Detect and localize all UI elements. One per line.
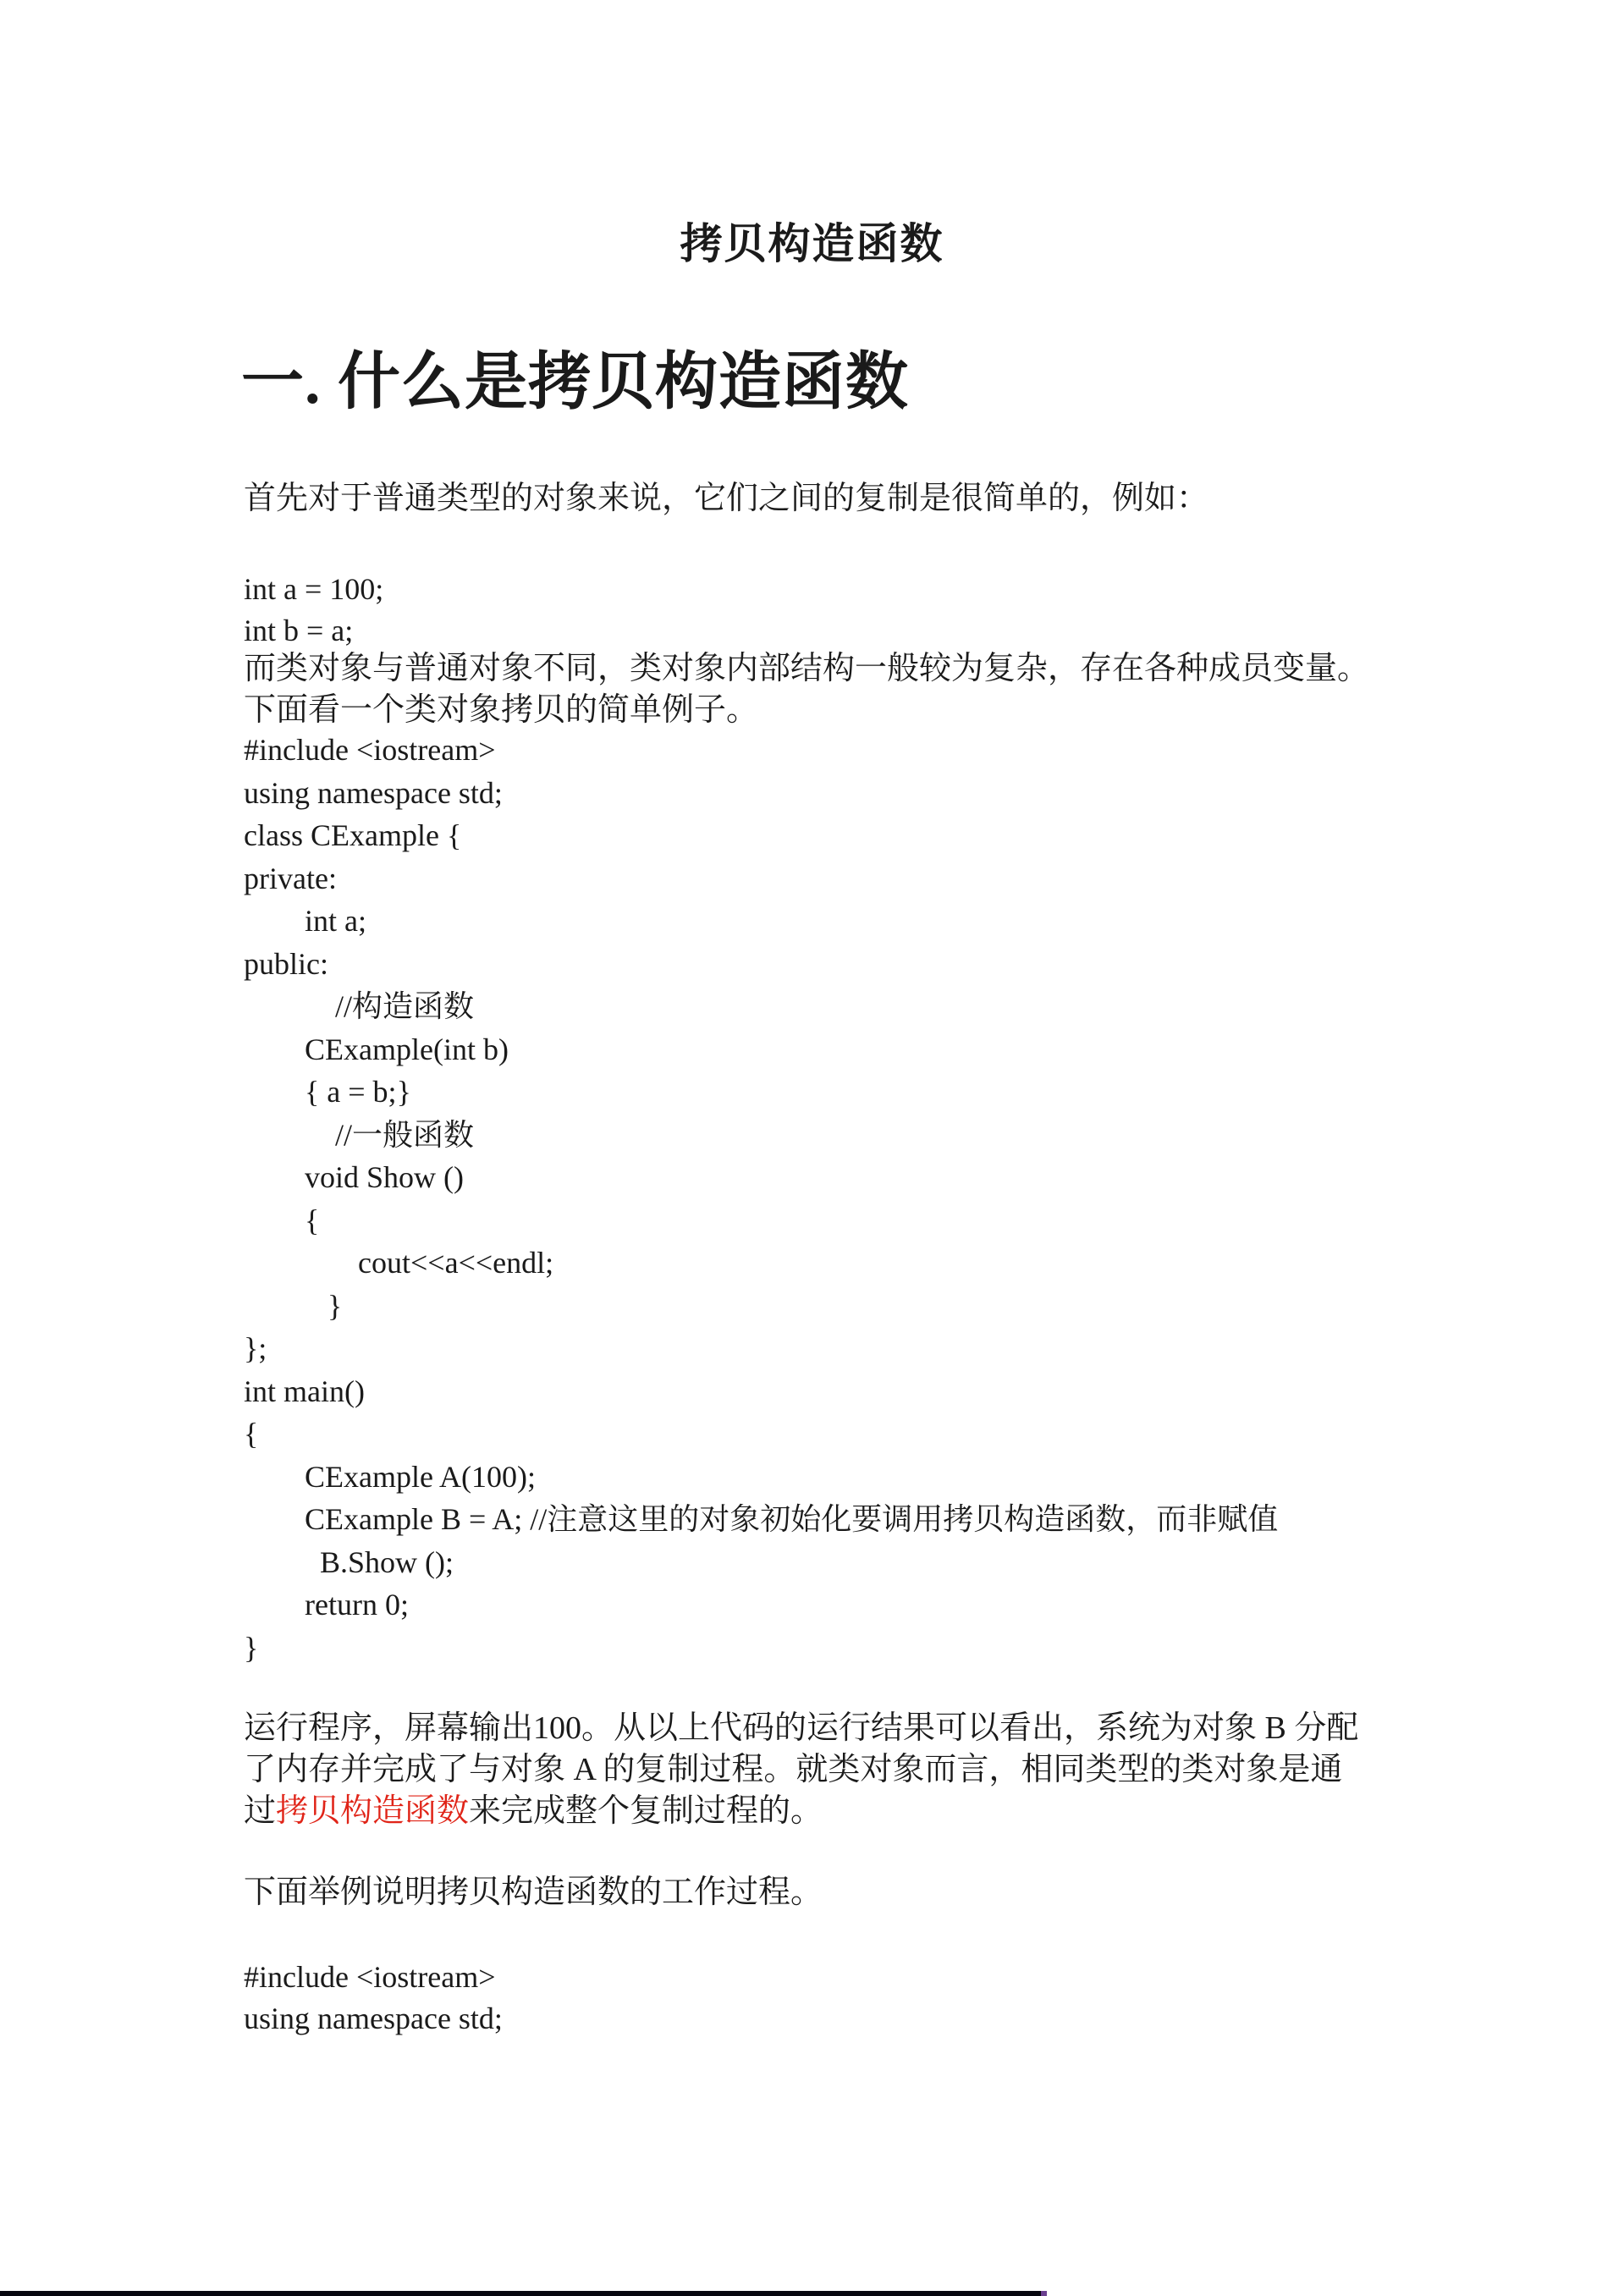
paragraph-line: 下面看一个类对象拷贝的简单例子。 <box>244 690 1395 731</box>
paragraph-line: 而类对象与普通对象不同，类对象内部结构一般较为复杂，存在各种成员变量。 <box>244 648 1395 690</box>
code-line: CExample A(100); <box>244 1456 1513 1499</box>
code-line: public: <box>244 943 1513 986</box>
code-line: int a; <box>244 900 1513 943</box>
code-line: void Show () <box>244 1156 1513 1199</box>
page-edge-bar-tick <box>1041 2291 1047 2296</box>
paragraph-class-objects: 而类对象与普通对象不同，类对象内部结构一般较为复杂，存在各种成员变量。下面看一个… <box>244 648 1395 731</box>
paragraph-line: 首先对于普通类型的对象来说，它们之间的复制是很简单的，例如： <box>244 478 1395 520</box>
text-segment: 来完成整个复制过程的。 <box>469 1793 823 1829</box>
code-snippet-simple-copy: int a = 100;int b = a; <box>244 569 1513 652</box>
section-heading: 一. 什么是拷贝构造函数 <box>241 344 909 421</box>
code-line: #include <iostream> <box>244 1957 1513 1998</box>
paragraph-line: 过拷贝构造函数来完成整个复制过程的。 <box>244 1791 1395 1832</box>
paragraph-line: 下面举例说明拷贝构造函数的工作过程。 <box>244 1872 1395 1913</box>
highlight-red-text: 拷贝构造函数 <box>276 1793 469 1829</box>
paragraph-next-example: 下面举例说明拷贝构造函数的工作过程。 <box>244 1872 1395 1913</box>
code-line: cout<<a<<endl; <box>244 1242 1513 1285</box>
document-title: 拷贝构造函数 <box>0 218 1624 269</box>
page-edge-bar <box>0 2291 1041 2296</box>
text-segment: 运行程序，屏幕输出100。从以上代码的运行结果可以看出，系统为对象 B 分配 <box>244 1710 1358 1746</box>
code-line: int main() <box>244 1370 1513 1413</box>
code-line: #include <iostream> <box>244 729 1513 772</box>
document-page: 拷贝构造函数 一. 什么是拷贝构造函数 首先对于普通类型的对象来说，它们之间的复… <box>0 0 1624 2296</box>
code-line: } <box>244 1627 1513 1670</box>
code-line: { <box>244 1199 1513 1242</box>
code-line: return 0; <box>244 1583 1513 1627</box>
code-line: B.Show (); <box>244 1541 1513 1584</box>
code-line: using namespace std; <box>244 1998 1513 2040</box>
code-line: { a = b;} <box>244 1071 1513 1114</box>
code-line: private: <box>244 857 1513 900</box>
code-line: using namespace std; <box>244 772 1513 815</box>
code-line: class CExample { <box>244 814 1513 857</box>
code-line: //一般函数 <box>244 1114 1513 1157</box>
paragraph-line: 了内存并完成了与对象 A 的复制过程。就类对象而言，相同类型的类对象是通 <box>244 1749 1395 1791</box>
code-listing-cexample: #include <iostream>using namespace std;c… <box>244 729 1513 1669</box>
code-line: { <box>244 1412 1513 1456</box>
code-snippet-include: #include <iostream>using namespace std; <box>244 1957 1513 2040</box>
paragraph-line: 运行程序，屏幕输出100。从以上代码的运行结果可以看出，系统为对象 B 分配 <box>244 1708 1395 1749</box>
code-line: }; <box>244 1327 1513 1370</box>
code-line: int b = a; <box>244 610 1513 652</box>
code-line: } <box>244 1285 1513 1328</box>
text-segment: 了内存并完成了与对象 A 的复制过程。就类对象而言，相同类型的类对象是通 <box>244 1752 1342 1787</box>
code-line: //构造函数 <box>244 985 1513 1028</box>
paragraph-run-result: 运行程序，屏幕输出100。从以上代码的运行结果可以看出，系统为对象 B 分配了内… <box>244 1708 1395 1832</box>
paragraph-intro: 首先对于普通类型的对象来说，它们之间的复制是很简单的，例如： <box>244 478 1395 520</box>
code-line: CExample B = A; //注意这里的对象初始化要调用拷贝构造函数，而非… <box>244 1498 1513 1541</box>
code-line: CExample(int b) <box>244 1028 1513 1071</box>
code-line: int a = 100; <box>244 569 1513 610</box>
text-segment: 过 <box>244 1793 276 1829</box>
